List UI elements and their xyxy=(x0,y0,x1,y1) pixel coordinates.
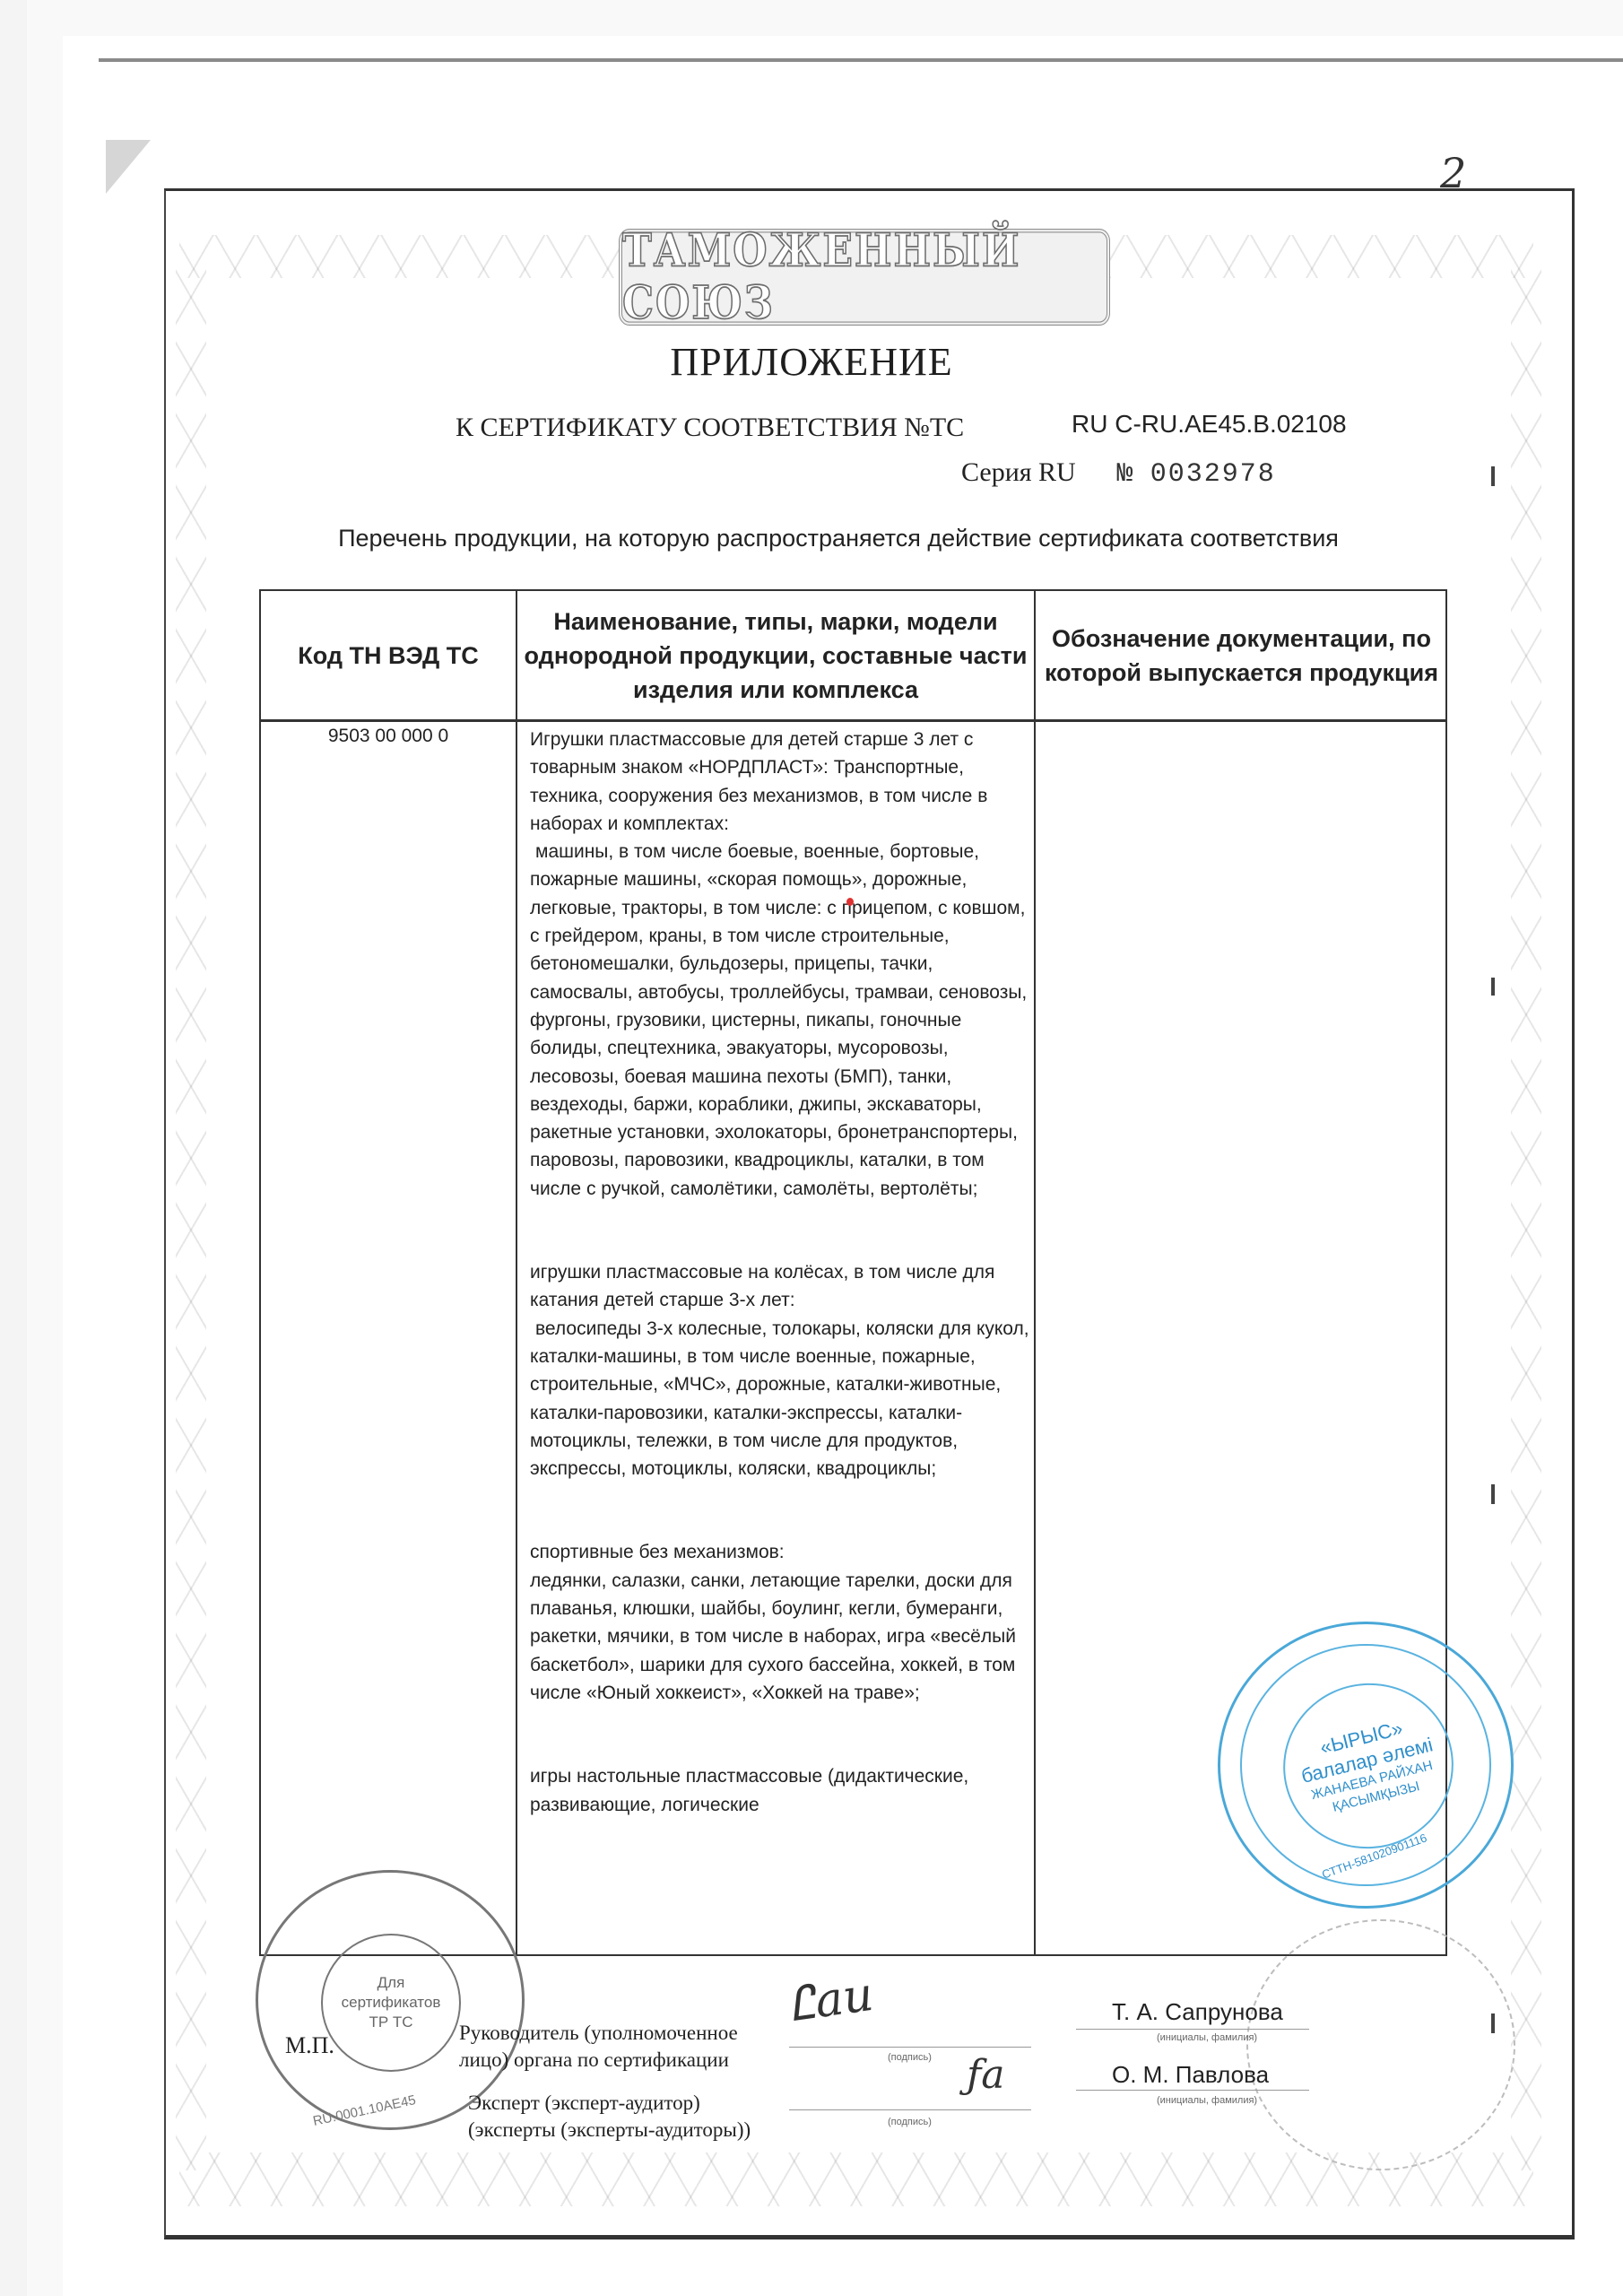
product-paragraph: игры настольные пластмассовые (дидактиче… xyxy=(530,1762,1032,1819)
customs-union-emblem: ТАМОЖЕННЫЙ СОЮЗ xyxy=(619,229,1110,326)
product-paragraph: ледянки, салазки, санки, летающие тарелк… xyxy=(530,1567,1032,1707)
handwritten-page-number: 2 xyxy=(1440,149,1466,197)
corner-fold xyxy=(106,140,151,194)
certificate-label: К СЕРТИФИКАТУ СООТВЕТСТВИЯ №ТС xyxy=(456,413,964,443)
margin-mark xyxy=(1491,978,1495,996)
margin-mark xyxy=(1491,1484,1495,1504)
faded-stamp xyxy=(1246,1919,1515,2170)
product-paragraph: игрушки пластмассовые на колёсах, в том … xyxy=(530,1258,1032,1315)
head-signature-hint: (подпись) xyxy=(888,2052,932,2063)
stamp-center-text: ТР ТС xyxy=(369,2013,412,2032)
series-number-label: № xyxy=(1116,459,1134,490)
guilloche-border-left xyxy=(176,269,206,2170)
product-paragraph: велосипеды 3-х колесные, толокары, коляс… xyxy=(530,1315,1032,1483)
stamp-center-text: сертификатов xyxy=(342,1993,441,2013)
head-label: Руководитель (уполномоченное лицо) орган… xyxy=(459,2020,738,2074)
cell-product-description: Игрушки пластмассовые для детей старше 3… xyxy=(530,726,1032,1819)
expert-signature: ƒa xyxy=(967,2052,1005,2098)
expert-name: О. М. Павлова xyxy=(1112,2061,1269,2089)
stamp-center-text: Для xyxy=(378,1973,405,1993)
column-header-documentation: Обозначение документации, по которой вып… xyxy=(1036,591,1447,719)
seller-stamp: ҚАЗАҚСТАН РЕСПУБЛИКАСЫ ОҢТҮСТІК ҚАЗАҚСТА… xyxy=(1218,1622,1514,1909)
expert-label: Эксперт (эксперт-аудитор) (эксперты (экс… xyxy=(468,2090,751,2144)
header-divider xyxy=(261,719,1445,722)
series-line: Серия RU № 0032978 xyxy=(961,457,1276,490)
sheet-edge-line xyxy=(99,58,1623,62)
series-number: 0032978 xyxy=(1150,459,1276,490)
stamp-reg-number: RU.0001.10АЕ45 xyxy=(312,2092,418,2129)
column-header-code: Код ТН ВЭД ТС xyxy=(261,591,516,719)
column-header-name: Наименование, типы, марки, модели одноро… xyxy=(517,591,1034,719)
page-title: ПРИЛОЖЕНИЕ xyxy=(0,339,1623,385)
column-divider xyxy=(516,591,517,1954)
expert-name-hint: (инициалы, фамилия) xyxy=(1157,2095,1257,2106)
product-paragraph: машины, в том числе боевые, военные, бор… xyxy=(530,838,1032,1203)
red-ink-mark xyxy=(846,898,854,906)
certificate-number: RU C-RU.AE45.B.02108 xyxy=(1072,410,1347,439)
series-label: Серия RU xyxy=(961,457,1076,487)
guilloche-border-right xyxy=(1511,269,1541,2170)
product-list-caption: Перечень продукции, на которую распростр… xyxy=(0,525,1623,552)
head-name: Т. А. Сапрунова xyxy=(1112,1998,1283,2026)
product-paragraph: спортивные без механизмов: xyxy=(530,1538,1032,1566)
head-name-hint: (инициалы, фамилия) xyxy=(1157,2032,1257,2043)
cell-tn-ved-code: 9503 00 000 0 xyxy=(261,726,516,747)
column-divider xyxy=(1034,591,1036,1954)
product-paragraph: Игрушки пластмассовые для детей старше 3… xyxy=(530,726,1032,838)
head-signature: Ꮭau xyxy=(785,1968,876,2033)
seal-place-label: М.П. xyxy=(285,2032,334,2059)
expert-signature-hint: (подпись) xyxy=(888,2117,932,2127)
margin-mark xyxy=(1491,466,1495,486)
